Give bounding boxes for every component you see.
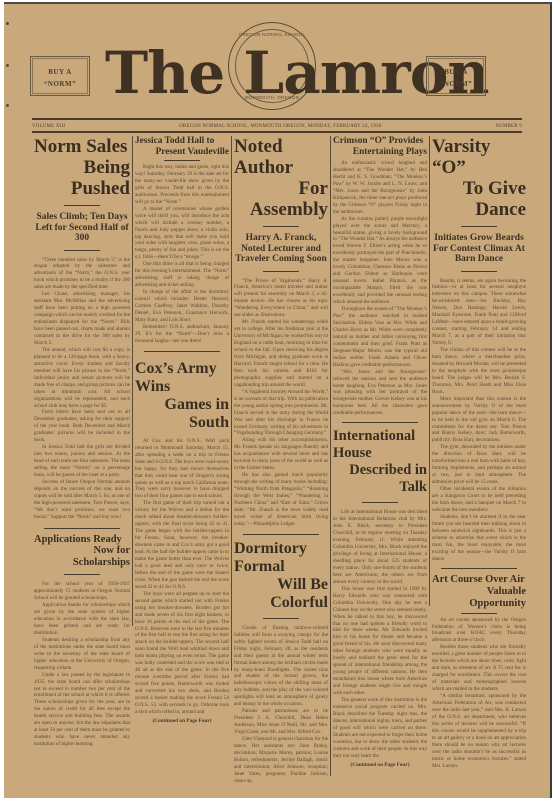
deck-varsity-o: Initiates Grow Beards For Contest Climax… [432, 233, 526, 265]
divider [263, 618, 299, 619]
divider [461, 613, 497, 614]
paragraph: “A Vagabond Journey Around the World,” i… [234, 389, 328, 438]
ear-line: “NORM” [427, 78, 485, 90]
column-divider [330, 136, 331, 776]
paragraph: Students, don’t be alarmed if in the nea… [432, 514, 526, 563]
divider [263, 271, 299, 272]
continued-link[interactable]: (Continued on Page Four) [135, 718, 229, 724]
article-body-cox-army: Al Cox and his O.N.S. Wolf pack returned… [135, 438, 229, 716]
divider [64, 250, 100, 251]
ear-line: BUY A [427, 66, 485, 78]
headline-line: Present Vaudeville [135, 147, 229, 158]
divider [64, 574, 100, 575]
article-body-crimson-o: An enthusiastic crowd laughed and shudde… [333, 160, 427, 417]
headline-line: To Give Dance [432, 178, 526, 220]
headline-line: Being Pushed [34, 157, 130, 199]
article-body-art-course: An art course sponsored by the Oregon Fe… [432, 617, 526, 770]
paragraph: More important than this contest is the … [432, 396, 526, 445]
paragraph: In charge of the affair is the dormitory… [135, 289, 229, 324]
headline-line: Applications Ready [34, 534, 122, 545]
article-body-dormitory-formal: Clouds of floating rainbow-colored bubbl… [234, 625, 328, 785]
ear-box-left: BUY A “NORM” [30, 56, 90, 96]
divider [64, 205, 100, 206]
headline-varsity-o: Varsity “O” To Give Dance [432, 136, 526, 220]
paragraph: Besides those students who are formally … [432, 644, 526, 693]
ear-box-right: BUY A “NORM” [426, 56, 486, 96]
paragraph: “The Prince of Vagabonds,” Harry A. Fran… [234, 278, 328, 320]
binding-hole [6, 104, 9, 107]
divider [243, 534, 318, 535]
paragraph: One thin dime is all that is being charg… [135, 261, 229, 289]
paragraph: Clouds of floating rainbow-colored bubbl… [234, 625, 328, 708]
headline-line: Varsity “O” [432, 136, 490, 178]
column-divider [132, 136, 133, 626]
paragraph: Beards, it seems, are again becoming the… [432, 278, 526, 348]
paragraph: Other incidental events of the initiatio… [432, 486, 526, 514]
paragraph: “A similar broadcast, sponsored by the A… [432, 693, 526, 769]
binding-hole [6, 22, 9, 25]
divider [461, 271, 497, 272]
headline-line: Now for Scholarships [34, 545, 130, 568]
folio-rule-bottom [32, 131, 522, 133]
paragraph: Glen Vineyard is general chairman for th… [234, 736, 328, 785]
divider [461, 226, 497, 227]
paragraph: This house was first started in 1909 by … [333, 586, 427, 697]
paragraph: The gym, decorated by the initiates unde… [432, 444, 526, 486]
headline-vaudeville: Jessica Todd Hall to Present Vaudeville [135, 136, 229, 157]
paragraph: Right this way, ladies and gents, right … [135, 164, 229, 206]
headline-line: Crimson “O” Provides [333, 136, 423, 146]
binding-hole [6, 64, 9, 67]
paragraph: Along with his other accomplishments, Mr… [234, 437, 328, 472]
divider [342, 422, 417, 423]
paragraph: The boys were all pepped up to start the… [135, 591, 229, 716]
headline-line: International House [333, 428, 415, 461]
paragraph: As the curtains parted, purple moonlight… [333, 216, 427, 306]
folio-rule-top [32, 118, 522, 120]
article-body-norm-sales: “Three hundred sales by March 5” is the … [34, 257, 130, 521]
headline-line: Entertaining Plays [333, 147, 427, 158]
headline-line: Norm Sales [34, 136, 127, 157]
headline-crimson-o: Crimson “O” Provides Entertaining Plays [333, 136, 427, 157]
continued-link[interactable]: (Continued on Page Four) [333, 762, 427, 768]
headline-line: Art Course Over Air [432, 574, 525, 585]
headline-line: Noted Author [234, 136, 293, 178]
paragraph: Life at International House was describe… [333, 509, 427, 585]
headline-line: Will Be Colorful [234, 576, 328, 612]
paragraph: Al Cox and his O.N.S. Wolf pack returned… [135, 438, 229, 501]
ear-line: BUY A [31, 66, 89, 78]
paragraph: The annual, which will cost $3 a copy, i… [34, 347, 130, 410]
article-body-franck: “The Prince of Vagabonds,” Harry A. Fran… [234, 278, 328, 528]
paragraph: Throughout the scenes of “The Monkey’s P… [333, 306, 427, 369]
paragraph: For the school year of 1936-1937 approxi… [34, 581, 130, 602]
headline-art-course: Art Course Over Air Valuable Opportunity [432, 574, 526, 610]
dateline: OREGON NORMAL SCHOOL, MONMOUTH OREGON, M… [179, 124, 381, 129]
paragraph: The first game of their trip turned out … [135, 500, 229, 590]
column-4: Crimson “O” Provides Entertaining Plays … [333, 136, 427, 768]
paragraph: Remember! O.N.S. auditorium, January 29.… [135, 324, 229, 345]
folio-line: VOLUME XIII OREGON NORMAL SCHOOL, MONMOU… [32, 121, 522, 131]
headline-line: Valuable Opportunity [432, 586, 526, 610]
issue-number: NUMBER 9 [495, 124, 522, 129]
paragraph: Mr. Franck started his wanderings while … [234, 319, 328, 389]
column-2: Jessica Todd Hall to Present Vaudeville … [135, 136, 229, 724]
column-divider [231, 136, 232, 671]
volume-label: VOLUME XIII [32, 124, 65, 129]
headline-line: Jessica Todd Hall to [135, 136, 214, 146]
headline-dormitory-formal: Dormitory Formal Will Be Colorful [234, 540, 328, 612]
paragraph: A master of ceremonies whose golden voic… [135, 206, 229, 262]
seal-top-text: OREGON NORMAL SCHOOL [229, 32, 315, 37]
newspaper-title: The Lamron [105, 38, 445, 108]
paragraph: “Mrs. Jones and the Bourgeoisie” relieve… [333, 369, 427, 418]
paragraph: “Three hundred sales by March 5” is the … [34, 257, 130, 292]
article-body-international-house: Life at International House was describe… [333, 509, 427, 759]
paragraph: An enthusiastic crowd laughed and shudde… [333, 160, 427, 216]
article-body-scholarships: For the school year of 1936-1937 approxi… [34, 581, 130, 748]
article-body-varsity-o: Beards, it seems, are again becoming the… [432, 278, 526, 563]
ear-line: “NORM” [31, 78, 89, 90]
divider [362, 502, 398, 503]
divider [44, 528, 121, 529]
headline-line: Cox’s Army Wins [135, 360, 217, 395]
headline-franck: Noted Author For Assembly [234, 136, 328, 220]
divider [144, 351, 219, 352]
paragraph: An art course sponsored by the Oregon Fe… [432, 617, 526, 645]
column-1: Norm Sales Being Pushed Sales Climb; Ten… [34, 136, 130, 748]
headline-line: Dormitory Formal [234, 540, 307, 575]
headline-line: For Assembly [234, 178, 328, 220]
column-3: Noted Author For Assembly Harry A. Franc… [234, 136, 328, 785]
paragraph: Patrons and patronesses are to be Presid… [234, 708, 328, 736]
paragraph: Success of future Oregon Normal annuals … [34, 479, 130, 521]
divider [441, 568, 516, 569]
headline-cox-army: Cox’s Army Wins Games in South [135, 360, 229, 432]
headline-line: Described in Talk [333, 462, 427, 496]
paragraph: The greatest work of this institution is… [333, 697, 427, 760]
article-body-vaudeville: Right this way, ladies and gents, right … [135, 164, 229, 345]
headline-line: Games in South [135, 396, 229, 432]
paragraph: Application blanks for scholarships whic… [34, 602, 130, 637]
paragraph: In Jessica Todd hall the girls are divid… [34, 444, 130, 479]
headline-norm-sales: Norm Sales Being Pushed [34, 136, 130, 199]
deck-franck: Harry A. Franck, Noted Lecturer and Trav… [234, 233, 328, 265]
divider [164, 160, 200, 161]
paragraph: The climax of this contest will be at th… [432, 347, 526, 396]
paragraph: Form letters have been sent out to all D… [34, 409, 130, 444]
paragraph: Students desiring a scholarship from any… [34, 637, 130, 672]
paragraph: Lee Chase, advertising manager, his assi… [34, 291, 130, 347]
deck-norm-sales: Sales Climb; Ten Days Left for Second Ha… [34, 212, 130, 244]
paragraph: He has also gained much popularity throu… [234, 472, 328, 528]
column-divider [429, 136, 430, 606]
paragraph: Under a law passed by the legislature in… [34, 672, 130, 748]
headline-international-house: International House Described in Talk [333, 428, 427, 496]
divider [263, 226, 299, 227]
headline-scholarships: Applications Ready Now for Scholarships [34, 534, 130, 569]
column-5: Varsity “O” To Give Dance Initiates Grow… [432, 136, 526, 770]
